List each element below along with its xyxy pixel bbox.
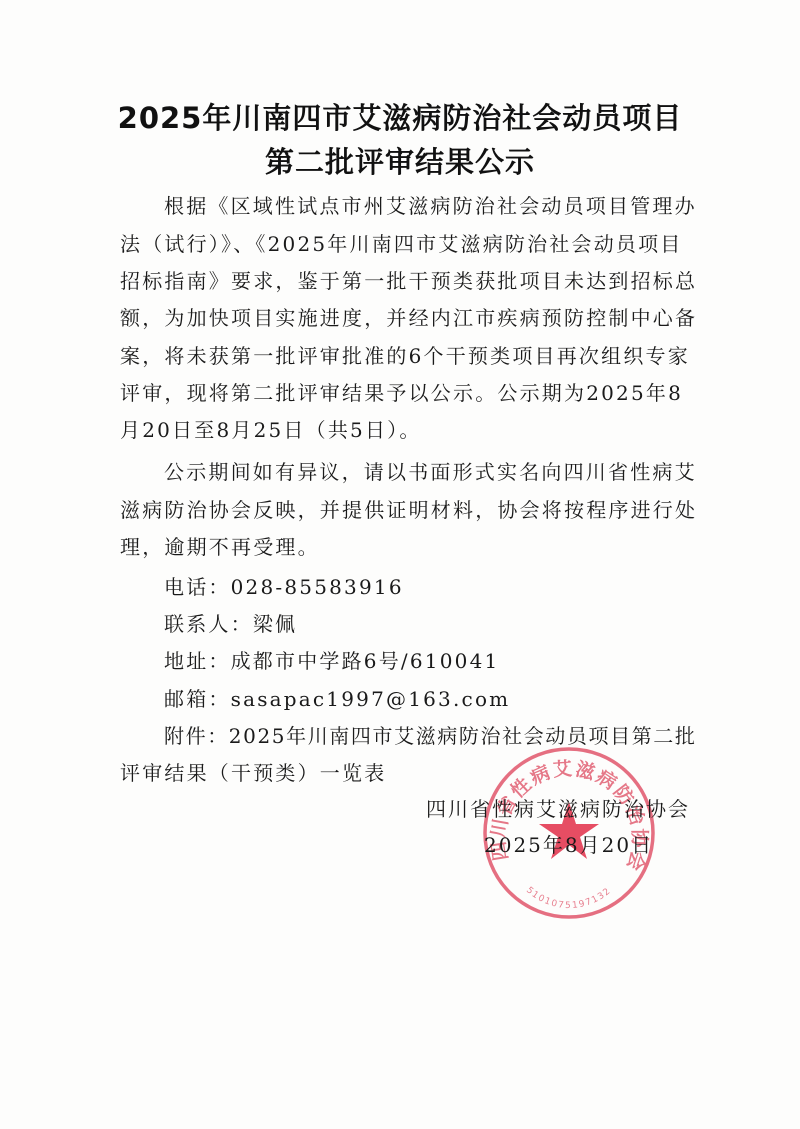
- attachment-line2: 评审结果（干预类）一览表: [120, 757, 386, 786]
- paragraph-1-line: 月20日至8月25日（共5日）。: [120, 414, 422, 443]
- paragraph-2-line: 理，逾期不再受理。: [120, 531, 320, 560]
- signature-date: 2025年8月20日: [484, 829, 653, 858]
- email-label: 邮箱：: [164, 687, 231, 711]
- seal-code: 5101075197132: [524, 885, 613, 911]
- document-title-line1: 2025年川南四市艾滋病防治社会动员项目: [0, 96, 800, 137]
- paragraph-1-line: 法（试行）》、《2025年川南四市艾滋病防治社会动员项目: [120, 228, 683, 257]
- email-value: sasapac1997@163.com: [231, 687, 511, 711]
- person-label: 联系人：: [164, 612, 253, 636]
- paragraph-1-line: 评审，现将第二批评审结果予以公示。公示期为2025年8: [120, 377, 683, 406]
- paragraph-1-line: 案，将未获第一批评审批准的6个干预类项目再次组织专家: [120, 340, 690, 369]
- paragraph-1-line: 招标指南》要求，鉴于第一批干预类获批项目未达到招标总: [120, 265, 697, 294]
- person-value: 梁佩: [253, 612, 297, 636]
- paragraph-1-line: 根据《区域性试点市州艾滋病防治社会动员项目管理办: [164, 190, 697, 219]
- document-title-line2: 第二批评审结果公示: [0, 140, 800, 181]
- paragraph-2-line: 公示期间如有异议，请以书面形式实名向四川省性病艾: [164, 456, 697, 485]
- contact-person: 联系人：梁佩: [164, 608, 297, 637]
- phone-label: 电话：: [164, 575, 231, 599]
- contact-phone: 电话：028-85583916: [164, 571, 404, 600]
- paragraph-1-line: 额，为加快项目实施进度，并经内江市疾病预防控制中心备: [120, 302, 697, 331]
- paragraph-2-line: 滋病防治协会反映，并提供证明材料，协会将按程序进行处: [120, 494, 697, 523]
- signature-organization: 四川省性病艾滋病防治协会: [426, 793, 690, 822]
- address-value: 成都市中学路6号/610041: [231, 649, 500, 673]
- contact-address: 地址：成都市中学路6号/610041: [164, 645, 499, 674]
- address-label: 地址：: [164, 649, 231, 673]
- svg-text:5101075197132: 5101075197132: [524, 885, 613, 911]
- phone-value: 028-85583916: [231, 575, 404, 599]
- contact-email: 邮箱：sasapac1997@163.com: [164, 683, 510, 712]
- document-page: 2025年川南四市艾滋病防治社会动员项目 第二批评审结果公示 根据《区域性试点市…: [0, 0, 800, 1129]
